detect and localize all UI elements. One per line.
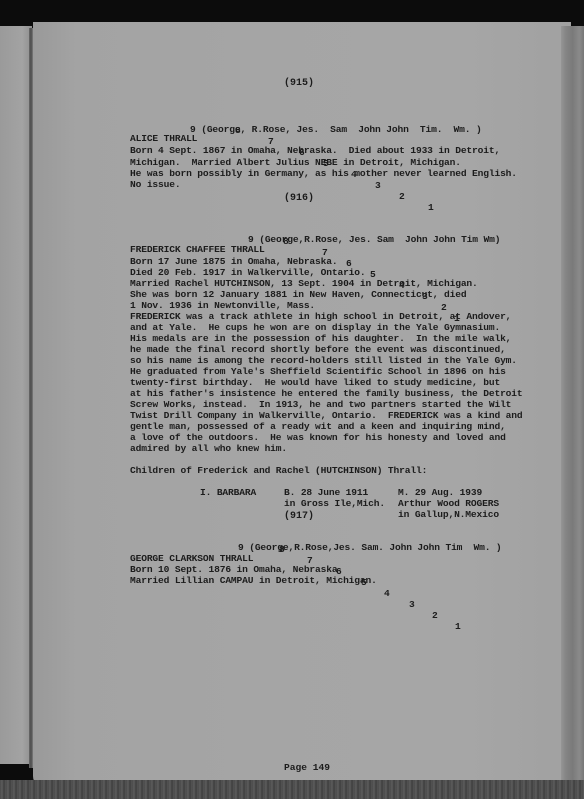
- gen-number: 3: [375, 180, 381, 191]
- entry-number: (916): [284, 193, 314, 204]
- child-birth-date: B. 28 June 1911: [284, 487, 368, 499]
- gen-number: 2: [399, 191, 405, 202]
- child-spouse: Arthur Wood ROGERS: [398, 498, 499, 510]
- entry-line: He graduated from Yale's Sheffield Scien…: [130, 366, 506, 378]
- lineage-line: 9 (George,R.Rose, Jes. Sam John John Tim…: [248, 234, 500, 246]
- entry-line: at his father's insistence he entered th…: [130, 388, 523, 400]
- entry-line: Died 20 Feb. 1917 in Walkerville, Ontari…: [130, 267, 366, 279]
- entry-line: 1 Nov. 1936 in Newtonville, Mass.: [130, 300, 315, 312]
- entry-line: She was born 12 January 1881 in New Have…: [130, 289, 466, 301]
- entry-line: Born 10 Sept. 1876 in Omaha, Nebraska: [130, 564, 337, 576]
- lineage-line: 9 (George,R.Rose,Jes. Sam. John John Tim…: [238, 542, 502, 554]
- page-number: Page 149: [284, 762, 330, 773]
- entry-line: admired by all who knew him.: [130, 443, 287, 455]
- gen-number: 3: [409, 599, 415, 610]
- person-name: FREDERICK CHAFFEE THRALL: [130, 244, 265, 256]
- generation-numbers: 8 7 6 5 4 3 2 1: [0, 114, 23, 224]
- entry-line: Screw Works, instead. In 1913, he and tw…: [130, 399, 511, 411]
- gen-number: 1: [428, 202, 434, 213]
- person-name: GEORGE CLARKSON THRALL: [130, 553, 253, 565]
- entry-line: he made the final record shortly before …: [130, 344, 506, 356]
- entry-line: so his name is among the record-holders …: [130, 355, 517, 367]
- generation-numbers: 8 7 6 5 4 3 2 1: [0, 533, 23, 643]
- scan-background: [0, 780, 584, 799]
- children-heading: Children of Frederick and Rachel (HUTCHI…: [130, 465, 427, 477]
- gen-number: 1: [455, 621, 461, 632]
- person-name: ALICE THRALL: [130, 133, 197, 145]
- entry-line: a love of the outdoors. He was known for…: [130, 432, 506, 444]
- lineage-line: 9 (George, R.Rose, Jes. Sam John John Ti…: [190, 124, 482, 136]
- entry-number: (915): [284, 78, 314, 89]
- entry-line: Married Lillian CAMPAU in Detroit, Michi…: [130, 575, 377, 587]
- gen-number: 4: [384, 588, 390, 599]
- child-name: I. BARBARA: [200, 487, 256, 499]
- entry-line: Twist Drill Company in Walkerville, Onta…: [130, 410, 523, 422]
- entry-line: FREDERICK was a track athlete in high sc…: [130, 311, 511, 323]
- generation-numbers: 8 7 6 5 4 3 2 1: [0, 225, 23, 335]
- entry-line: Born 17 June 1875 in Omaha, Nebraska.: [130, 256, 337, 268]
- entry-line: Born 4 Sept. 1867 in Omaha, Nebraska. Di…: [130, 145, 500, 157]
- entry-line: Married Rachel HUTCHINSON, 13 Sept. 1904…: [130, 278, 478, 290]
- page-stack-edge: [561, 26, 584, 784]
- entry-number: (917): [284, 511, 314, 522]
- entry-line: Michigan. Married Albert Julius NEBE in …: [130, 157, 461, 169]
- entry-line: No issue.: [130, 179, 180, 191]
- entry-line: His medals are in the possession of his …: [130, 333, 511, 345]
- scanned-document: (915) 8 7 6 5 4 3 2 1 9 (George, R.Rose,…: [0, 0, 584, 799]
- child-marriage-date: M. 29 Aug. 1939: [398, 487, 482, 499]
- entry-line: and at Yale. He cups he won are on displ…: [130, 322, 500, 334]
- entry-line: He was born possibly in Germany, as his …: [130, 168, 517, 180]
- gen-number: 2: [432, 610, 438, 621]
- entry-line: twenty-first birthday. He would have lik…: [130, 377, 500, 389]
- child-birth-place: in Gross Ile,Mich.: [284, 498, 385, 510]
- entry-line: gentle man, possessed of a ready wit and…: [130, 421, 506, 433]
- child-marriage-place: in Gallup,N.Mexico: [398, 509, 499, 521]
